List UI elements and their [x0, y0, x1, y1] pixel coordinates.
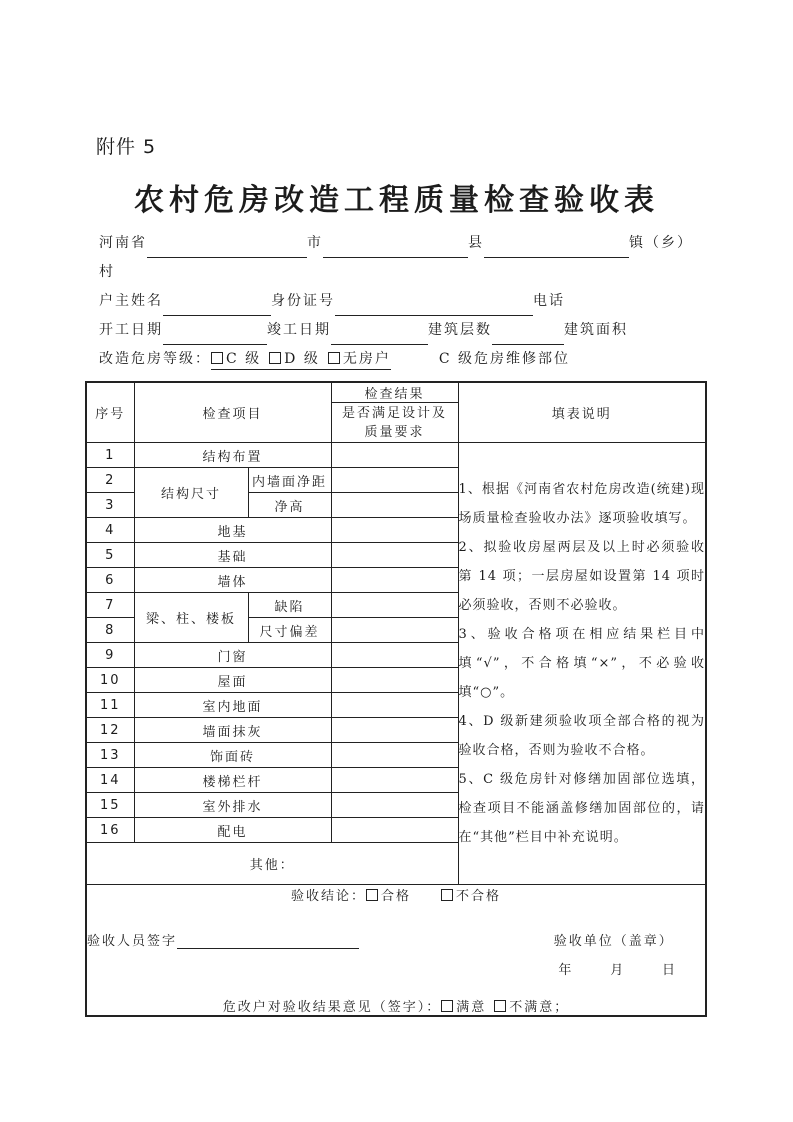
item-sub-label: 内墙面净距: [248, 468, 331, 493]
checkbox-icon: [441, 889, 453, 901]
region-line: 河南省市县镇（乡）: [99, 229, 708, 258]
checkbox-icon: [494, 1000, 506, 1012]
grade-line: 改造危房等级：C 级D 级无房户C 级危房维修部位: [99, 345, 708, 374]
checkbox-icon: [328, 352, 340, 364]
row-number: 10: [86, 668, 134, 693]
row-number: 3: [86, 493, 134, 518]
row-number: 16: [86, 818, 134, 843]
item-group-label: 梁、柱、楼板: [134, 593, 248, 643]
village-line: 村: [99, 258, 708, 287]
signer-block: 验收人员签字: [87, 930, 359, 949]
unsatisfied-label: 不满意: [509, 1000, 554, 1015]
item-label: 楼梯栏杆: [134, 768, 331, 793]
row-number: 13: [86, 743, 134, 768]
grade-none-label: 无房户: [343, 351, 391, 367]
date-label: 年 月 日: [550, 959, 677, 978]
row-number: 1: [86, 443, 134, 468]
result-cell-3[interactable]: [331, 493, 458, 518]
item-label: 饰面砖: [134, 743, 331, 768]
signature-line: 验收人员签字 验收单位（盖章） 年 月 日: [87, 930, 705, 978]
row-number: 5: [86, 543, 134, 568]
checkbox-icon: [269, 352, 281, 364]
table-row: 1 结构布置 1、根据《河南省农村危房改造(统建)现场质量检查验收办法》逐项验收…: [86, 443, 706, 468]
other-cell[interactable]: 其他：: [86, 843, 458, 885]
item-label: 室外排水: [134, 793, 331, 818]
item-sub-label: 净高: [248, 493, 331, 518]
result-cell-7[interactable]: [331, 593, 458, 618]
signer-label: 验收人员签字: [87, 934, 177, 949]
date-line: 开工日期竣工日期建筑层数建筑面积: [99, 316, 708, 345]
unit-block: 验收单位（盖章） 年 月 日: [550, 930, 677, 978]
opinion-suffix: ；: [554, 1000, 569, 1015]
item-label: 基础: [134, 543, 331, 568]
opinion-line: 危改户对验收结果意见（签字）：满意不满意；: [87, 996, 705, 1015]
row-number: 11: [86, 693, 134, 718]
item-label: 配电: [134, 818, 331, 843]
item-label: 门窗: [134, 643, 331, 668]
row-number: 2: [86, 468, 134, 493]
row-number: 8: [86, 618, 134, 643]
result-cell-9[interactable]: [331, 643, 458, 668]
col-header-result: 检查结果: [331, 382, 458, 403]
repair-part-label: C 级危房维修部位: [439, 351, 570, 367]
grade-c-label: C 级: [226, 351, 261, 367]
county-label: 县: [468, 235, 484, 251]
result-cell-12[interactable]: [331, 718, 458, 743]
item-label: 结构布置: [134, 443, 331, 468]
unqualified-option[interactable]: 不合格: [441, 889, 501, 904]
footer-section: 验收结论：合格不合格 验收人员签字 验收单位（盖章） 年 月 日 危改户对验收结…: [86, 885, 706, 1017]
result-cell-10[interactable]: [331, 668, 458, 693]
col-header-result-sub: 是否满足设计及质量要求: [331, 403, 458, 443]
result-sub-line2: 质量要求: [365, 425, 425, 440]
unit-label: 验收单位（盖章）: [550, 930, 677, 949]
town-blank[interactable]: [484, 240, 629, 258]
floors-label: 建筑层数: [428, 322, 492, 338]
row-number: 12: [86, 718, 134, 743]
city-blank[interactable]: [147, 240, 307, 258]
other-label: 其他：: [250, 858, 295, 873]
unqualified-label: 不合格: [456, 889, 501, 904]
id-label: 身份证号: [271, 293, 335, 309]
item-label: 地基: [134, 518, 331, 543]
result-cell-6[interactable]: [331, 568, 458, 593]
qualified-option[interactable]: 合格: [366, 889, 411, 904]
checkbox-icon: [366, 889, 378, 901]
qualified-label: 合格: [381, 889, 411, 904]
row-number: 4: [86, 518, 134, 543]
result-cell-8[interactable]: [331, 618, 458, 643]
note-item: 5、C 级危房针对修缮加固部位选填，检查项目不能涵盖修缮加固部位的，请在“其他”…: [459, 765, 706, 852]
town-label: 镇（乡）: [629, 235, 693, 251]
checkbox-icon: [211, 352, 223, 364]
result-cell-5[interactable]: [331, 543, 458, 568]
note-item: 4、D 级新建须验收项全部合格的视为验收合格，否则为验收不合格。: [459, 707, 706, 765]
notes-cell: 1、根据《河南省农村危房改造(统建)现场质量检查验收办法》逐项验收填写。 2、拟…: [458, 443, 706, 885]
owner-line: 户主姓名身份证号电话: [99, 287, 708, 316]
checkbox-icon: [441, 1000, 453, 1012]
conclusion-label: 验收结论：: [291, 889, 366, 904]
item-sub-label: 缺陷: [248, 593, 331, 618]
item-label: 屋面: [134, 668, 331, 693]
province-label: 河南省: [99, 235, 147, 251]
item-sub-label: 尺寸偏差: [248, 618, 331, 643]
grade-label: 改造危房等级：: [99, 351, 211, 367]
start-date-blank[interactable]: [163, 327, 267, 345]
satisfied-label: 满意: [456, 1000, 486, 1015]
result-cell-4[interactable]: [331, 518, 458, 543]
page-title: 农村危房改造工程质量检查验收表: [85, 175, 708, 219]
item-label: 室内地面: [134, 693, 331, 718]
county-blank[interactable]: [323, 240, 468, 258]
row-number: 14: [86, 768, 134, 793]
result-cell-11[interactable]: [331, 693, 458, 718]
grade-c-option[interactable]: C 级: [211, 351, 261, 367]
col-header-notes: 填表说明: [458, 382, 706, 443]
finish-date-label: 竣工日期: [267, 322, 331, 338]
row-number: 6: [86, 568, 134, 593]
footer-row: 验收结论：合格不合格 验收人员签字 验收单位（盖章） 年 月 日 危改户对验收结…: [86, 885, 706, 1017]
grade-d-option[interactable]: D 级: [269, 351, 320, 367]
col-header-item: 检查项目: [134, 382, 331, 443]
floors-blank[interactable]: [492, 327, 564, 345]
start-date-label: 开工日期: [99, 322, 163, 338]
result-cell-15[interactable]: [331, 793, 458, 818]
opinion-label: 危改户对验收结果意见（签字）：: [223, 1000, 442, 1015]
note-item: 3、验收合格项在相应结果栏目中填“√”，不合格填“×”，不必验收填“○”。: [459, 620, 706, 707]
item-label: 墙体: [134, 568, 331, 593]
result-cell-2[interactable]: [331, 468, 458, 493]
id-blank[interactable]: [335, 298, 533, 316]
result-cell-16[interactable]: [331, 818, 458, 843]
city-label: 市: [307, 235, 323, 251]
signer-blank[interactable]: [177, 931, 359, 949]
note-item: 2、拟验收房屋两层及以上时必须验收第 14 项；一层房屋如设置第 14 项时必须…: [459, 533, 706, 620]
unsatisfied-option[interactable]: 不满意: [494, 1000, 554, 1015]
conclusion-line: 验收结论：合格不合格: [87, 885, 705, 904]
phone-label: 电话: [533, 293, 565, 309]
area-label: 建筑面积: [564, 322, 628, 338]
owner-name-blank[interactable]: [163, 298, 271, 316]
item-label: 墙面抹灰: [134, 718, 331, 743]
attachment-label: 附件 5: [96, 132, 708, 159]
result-cell-1[interactable]: [331, 443, 458, 468]
row-number: 7: [86, 593, 134, 618]
owner-name-label: 户主姓名: [99, 293, 163, 309]
row-number: 15: [86, 793, 134, 818]
form-header-fields: 河南省市县镇（乡） 村 户主姓名身份证号电话 开工日期竣工日期建筑层数建筑面积 …: [85, 229, 708, 374]
col-header-no: 序号: [86, 382, 134, 443]
grade-none-option[interactable]: 无房户: [328, 351, 391, 367]
finish-date-blank[interactable]: [331, 327, 428, 345]
grade-options: C 级D 级无房户: [211, 351, 391, 370]
row-number: 9: [86, 643, 134, 668]
satisfied-option[interactable]: 满意: [441, 1000, 486, 1015]
grade-d-label: D 级: [284, 351, 320, 367]
table-header-row: 序号 检查项目 检查结果 填表说明: [86, 382, 706, 403]
note-item: 1、根据《河南省农村危房改造(统建)现场质量检查验收办法》逐项验收填写。: [459, 475, 706, 533]
item-group-label: 结构尺寸: [134, 468, 248, 518]
result-sub-line1: 是否满足设计及: [342, 406, 447, 421]
result-cell-14[interactable]: [331, 768, 458, 793]
inspection-table: 序号 检查项目 检查结果 填表说明 是否满足设计及质量要求 1 结构布置 1、根…: [85, 381, 707, 1017]
document-page: 附件 5 农村危房改造工程质量检查验收表 河南省市县镇（乡） 村 户主姓名身份证…: [0, 0, 793, 1122]
result-cell-13[interactable]: [331, 743, 458, 768]
village-label: 村: [99, 264, 115, 280]
